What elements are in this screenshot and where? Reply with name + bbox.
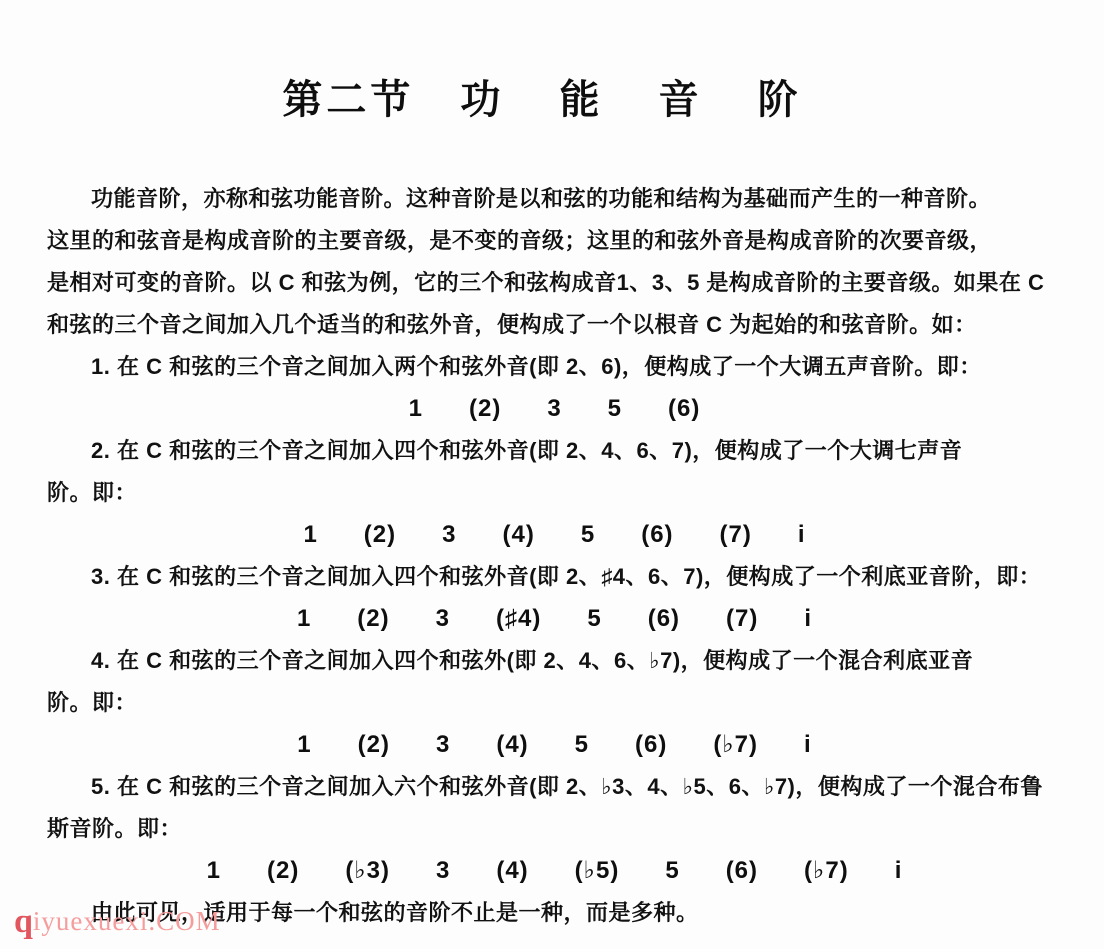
scale-row-5: 1 (2) (♭3) 3 (4) (♭5) 5 (6) (♭7) i bbox=[47, 850, 1062, 892]
item-1-text: 1. 在 C 和弦的三个音之间加入两个和弦外音(即 2、6)，便构成了一个大调五… bbox=[47, 346, 1062, 388]
intro-line-4: 和弦的三个音之间加入几个适当的和弦外音，便构成了一个以根音 C 为起始的和弦音阶… bbox=[47, 304, 1062, 346]
item-4-text-2: 阶。即： bbox=[47, 682, 1062, 724]
watermark-initial: q bbox=[14, 903, 33, 940]
item-2-text-2: 阶。即： bbox=[47, 472, 1062, 514]
site-watermark: qiyuexuexi.COM bbox=[14, 903, 221, 941]
item-3-text: 3. 在 C 和弦的三个音之间加入四个和弦外音(即 2、♯4、6、7)，便构成了… bbox=[47, 556, 1062, 598]
scale-row-3: 1 (2) 3 (♯4) 5 (6) (7) i bbox=[47, 598, 1062, 640]
section-label: 第二节 bbox=[282, 68, 414, 125]
item-5-text-2: 斯音阶。即： bbox=[47, 808, 1062, 850]
item-5-text-1: 5. 在 C 和弦的三个音之间加入六个和弦外音(即 2、♭3、4、♭5、6、♭7… bbox=[47, 766, 1062, 808]
intro-line-3: 是相对可变的音阶。以 C 和弦为例，它的三个和弦构成音1、3、5 是构成音阶的主… bbox=[47, 262, 1062, 304]
section-title: 功 能 音 阶 bbox=[460, 68, 821, 125]
item-4-text-1: 4. 在 C 和弦的三个音之间加入四个和弦外(即 2、4、6、♭7)，便构成了一… bbox=[47, 640, 1062, 682]
page-title: 第二节 功 能 音 阶 bbox=[0, 68, 1104, 125]
scale-row-1: 1 (2) 3 5 (6) bbox=[47, 388, 1062, 430]
page-body: 功能音阶，亦称和弦功能音阶。这种音阶是以和弦的功能和结构为基础而产生的一种音阶。… bbox=[47, 178, 1062, 934]
scale-row-2: 1 (2) 3 (4) 5 (6) (7) i bbox=[47, 514, 1062, 556]
intro-line-2: 这里的和弦音是构成音阶的主要音级，是不变的音级；这里的和弦外音是构成音阶的次要音… bbox=[47, 220, 1062, 262]
scanned-book-page: 第二节 功 能 音 阶 功能音阶，亦称和弦功能音阶。这种音阶是以和弦的功能和结构… bbox=[0, 0, 1104, 949]
intro-line-1: 功能音阶，亦称和弦功能音阶。这种音阶是以和弦的功能和结构为基础而产生的一种音阶。 bbox=[47, 178, 1062, 220]
item-2-text-1: 2. 在 C 和弦的三个音之间加入四个和弦外音(即 2、4、6、7)，便构成了一… bbox=[47, 430, 1062, 472]
watermark-rest: iyuexuexi.COM bbox=[33, 906, 221, 936]
scale-row-4: 1 (2) 3 (4) 5 (6) (♭7) i bbox=[47, 724, 1062, 766]
